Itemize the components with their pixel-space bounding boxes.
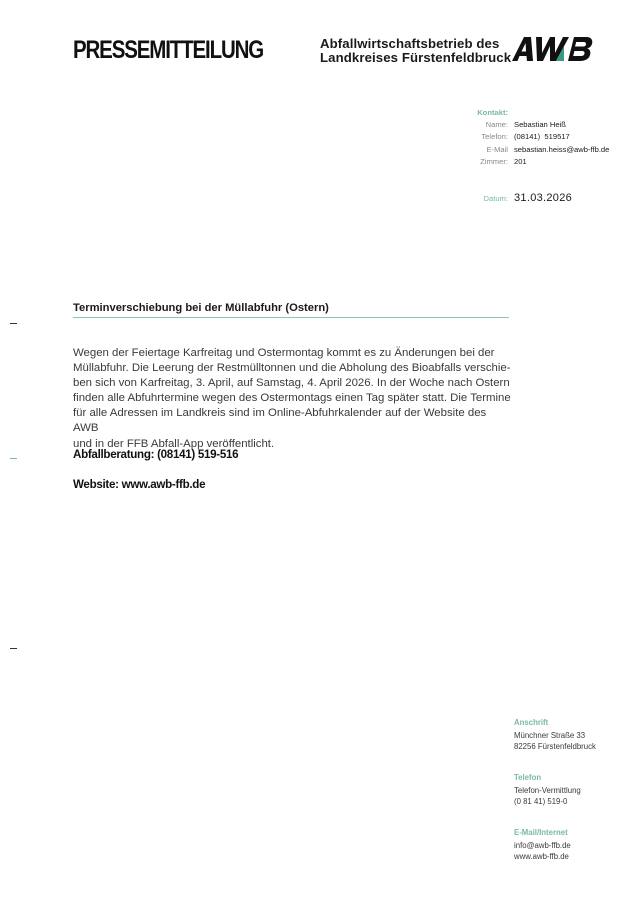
contact-name-row: Name: Sebastian Heiß (460, 118, 630, 130)
body-line: Müllabfuhr. Die Leerung der Restmülltonn… (73, 361, 513, 376)
footer-email-heading: E-Mail/Internet (514, 827, 571, 838)
body-line: Wegen der Feiertage Karfreitag und Oster… (73, 346, 513, 361)
organization-name-line1: Abfallwirtschaftsbetrieb des (320, 37, 511, 51)
footer-address-heading: Anschrift (514, 717, 596, 728)
organization-name-line2: Landkreises Fürstenfeldbruck (320, 51, 511, 65)
footer-email: E-Mail/Internet info@awb-ffb.de www.awb-… (514, 827, 571, 862)
page-title: PRESSEMITTEILUNG (73, 36, 263, 65)
date-value: 31.03.2026 (514, 192, 572, 204)
date-label: Datum: (460, 194, 514, 203)
contact-email-link[interactable]: sebastian.heiss@awb-ffb.de (514, 145, 609, 154)
contact-block: Kontakt: Name: Sebastian Heiß Telefon: (… (460, 106, 630, 167)
subject-heading: Terminverschiebung bei der Müllabfuhr (O… (73, 302, 509, 318)
footer-website-link[interactable]: www.awb-ffb.de (514, 851, 571, 862)
body-line: finden alle Abfuhrtermine wegen des Oste… (73, 391, 513, 406)
contact-phone-row: Telefon: (08141) 519517 (460, 131, 630, 143)
hotline-text: Abfallberatung: (08141) 519-516 (73, 448, 238, 461)
footer-address: Anschrift Münchner Straße 33 82256 Fürst… (514, 717, 596, 752)
contact-room-value: 201 (514, 157, 527, 166)
body-line: für alle Adressen im Landkreis sind im O… (73, 406, 513, 436)
contact-label: E-Mail (460, 145, 514, 154)
date-row: Datum: 31.03.2026 (460, 192, 572, 204)
contact-label: Zimmer: (460, 157, 514, 166)
footer-phone-heading: Telefon (514, 772, 581, 783)
footer-phone-line: (0 81 41) 519-0 (514, 796, 581, 807)
contact-email-row: E-Mail sebastian.heiss@awb-ffb.de (460, 143, 630, 155)
hole-punch-mark (10, 458, 17, 459)
footer-phone: Telefon Telefon-Vermittlung (0 81 41) 51… (514, 772, 581, 807)
organization-name: Abfallwirtschaftsbetrieb des Landkreises… (320, 37, 511, 65)
footer-email-link[interactable]: info@awb-ffb.de (514, 840, 571, 851)
contact-heading: Kontakt: (460, 108, 514, 117)
contact-label: Name: (460, 120, 514, 129)
awb-logo-icon (512, 36, 594, 62)
contact-room-row: Zimmer: 201 (460, 155, 630, 167)
contact-name-value: Sebastian Heiß (514, 120, 566, 129)
contact-label: Telefon: (460, 132, 514, 141)
website-text: Website: www.awb-ffb.de (73, 478, 205, 491)
fold-mark (10, 323, 17, 324)
footer-address-line: Münchner Straße 33 (514, 730, 596, 741)
fold-mark (10, 648, 17, 649)
body-line: ben sich von Karfreitag, 3. April, auf S… (73, 376, 513, 391)
footer-phone-line: Telefon-Vermittlung (514, 785, 581, 796)
footer-address-line: 82256 Fürstenfeldbruck (514, 741, 596, 752)
body-text: Wegen der Feiertage Karfreitag und Oster… (73, 346, 513, 452)
contact-phone-value: (08141) 519517 (514, 132, 570, 141)
